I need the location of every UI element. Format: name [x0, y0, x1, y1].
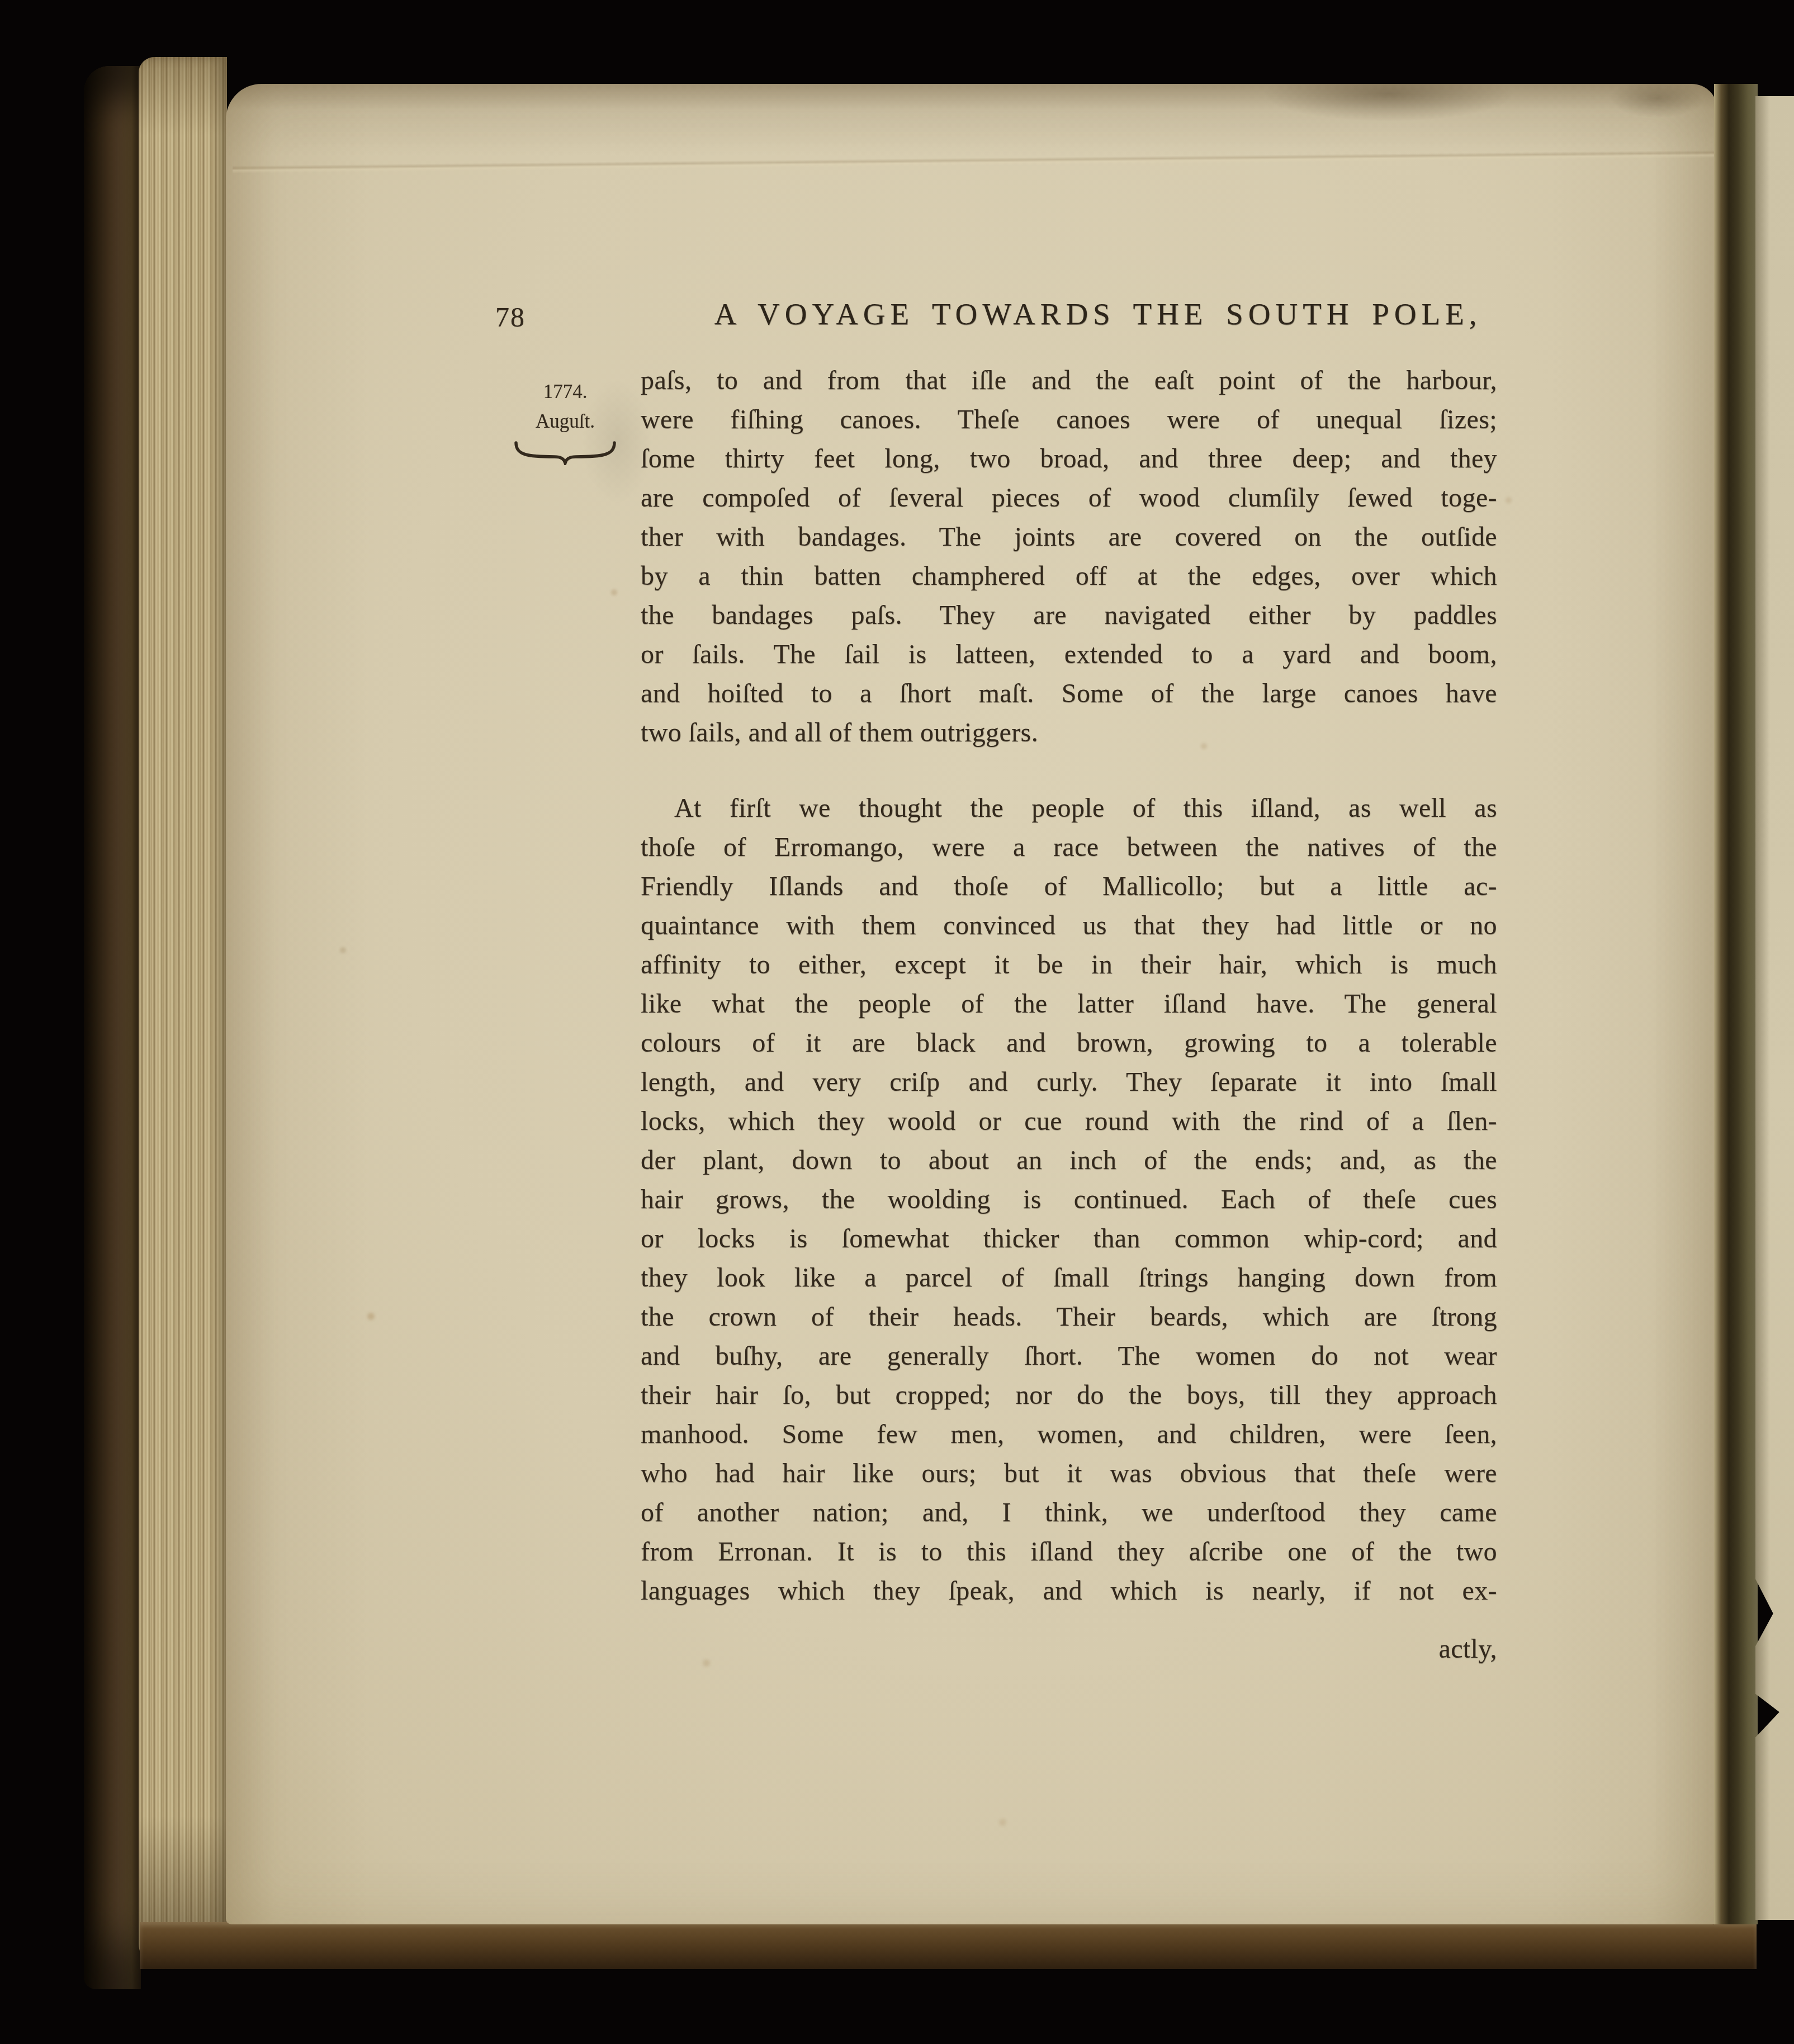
text-line: who had hair like ours; but it was obvio…: [641, 1454, 1497, 1493]
text-line: ſome thirty feet long, two broad, and th…: [641, 439, 1497, 479]
text-line: quaintance with them convinced us that t…: [641, 906, 1497, 945]
text-line: locks, which they woold or cue round wit…: [641, 1102, 1497, 1141]
book-photograph: 78 A VOYAGE TOWARDS THE SOUTH POLE, 1774…: [0, 0, 1794, 2044]
margin-note-year: 1774.: [507, 377, 623, 406]
text-line: paſs, to and from that iſle and the eaſt…: [641, 361, 1497, 400]
underbrace-icon: [512, 439, 618, 465]
text-line: were fiſhing canoes. Theſe canoes were o…: [641, 400, 1497, 439]
paragraph: paſs, to and from that iſle and the eaſt…: [641, 361, 1497, 753]
text-line: colours of it are black and brown, growi…: [641, 1024, 1497, 1063]
margin-note: 1774. Auguſt.: [507, 377, 623, 465]
catchword: actly,: [641, 1630, 1497, 1669]
text-line: by a thin batten champhered off at the e…: [641, 557, 1497, 596]
text-line: the bandages paſs. They are navigated ei…: [641, 596, 1497, 635]
text-line: like what the people of the latter iſlan…: [641, 985, 1497, 1024]
text-line: their hair ſo, but cropped; nor do the b…: [641, 1376, 1497, 1415]
text-line: manhood. Some few men, women, and childr…: [641, 1415, 1497, 1454]
text-line: from Erronan. It is to this iſland they …: [641, 1532, 1497, 1572]
text-line: they look like a parcel of ſmall ſtrings…: [641, 1258, 1497, 1298]
page-number: 78: [495, 301, 526, 333]
text-line: are compoſed of ſeveral pieces of wood c…: [641, 479, 1497, 518]
page-body: paſs, to and from that iſle and the eaſt…: [641, 361, 1497, 1669]
stacked-page-edges: [139, 57, 227, 1969]
gutter-shadow: [1714, 84, 1758, 1924]
text-line: ther with bandages. The joints are cover…: [641, 518, 1497, 557]
text-line: of another nation; and, I think, we unde…: [641, 1493, 1497, 1532]
text-line: affinity to either, except it be in thei…: [641, 945, 1497, 985]
text-line: the crown of their heads. Their beards, …: [641, 1298, 1497, 1337]
text-line: and buſhy, are generally ſhort. The wome…: [641, 1337, 1497, 1376]
text-line: thoſe of Erromango, were a race between …: [641, 828, 1497, 867]
text-line: der plant, down to about an inch of the …: [641, 1141, 1497, 1180]
book-bottom-edge: [140, 1922, 1757, 1969]
book-cover-left-edge: [84, 66, 141, 1989]
text-line: and hoiſted to a ſhort maſt. Some of the…: [641, 674, 1497, 713]
text-line: hair grows, the woolding is continued. E…: [641, 1180, 1497, 1219]
text-line: two ſails, and all of them outriggers.: [641, 713, 1497, 753]
paper-crease: [233, 136, 1714, 184]
running-header: A VOYAGE TOWARDS THE SOUTH POLE,: [650, 296, 1546, 332]
book-page: 78 A VOYAGE TOWARDS THE SOUTH POLE, 1774…: [226, 84, 1717, 1924]
text-line: or ſails. The ſail is latteen, extended …: [641, 635, 1497, 674]
text-line: or locks is ſomewhat thicker than common…: [641, 1219, 1497, 1258]
text-line: length, and very criſp and curly. They ſ…: [641, 1063, 1497, 1102]
margin-note-month: Auguſt.: [507, 406, 623, 436]
text-line: At firſt we thought the people of this i…: [641, 789, 1497, 828]
paragraph: At firſt we thought the people of this i…: [641, 789, 1497, 1611]
text-line: Friendly Iſlands and thoſe of Mallicollo…: [641, 867, 1497, 906]
text-line: languages which they ſpeak, and which is…: [641, 1572, 1497, 1611]
facing-page-edge: [1755, 96, 1794, 1920]
